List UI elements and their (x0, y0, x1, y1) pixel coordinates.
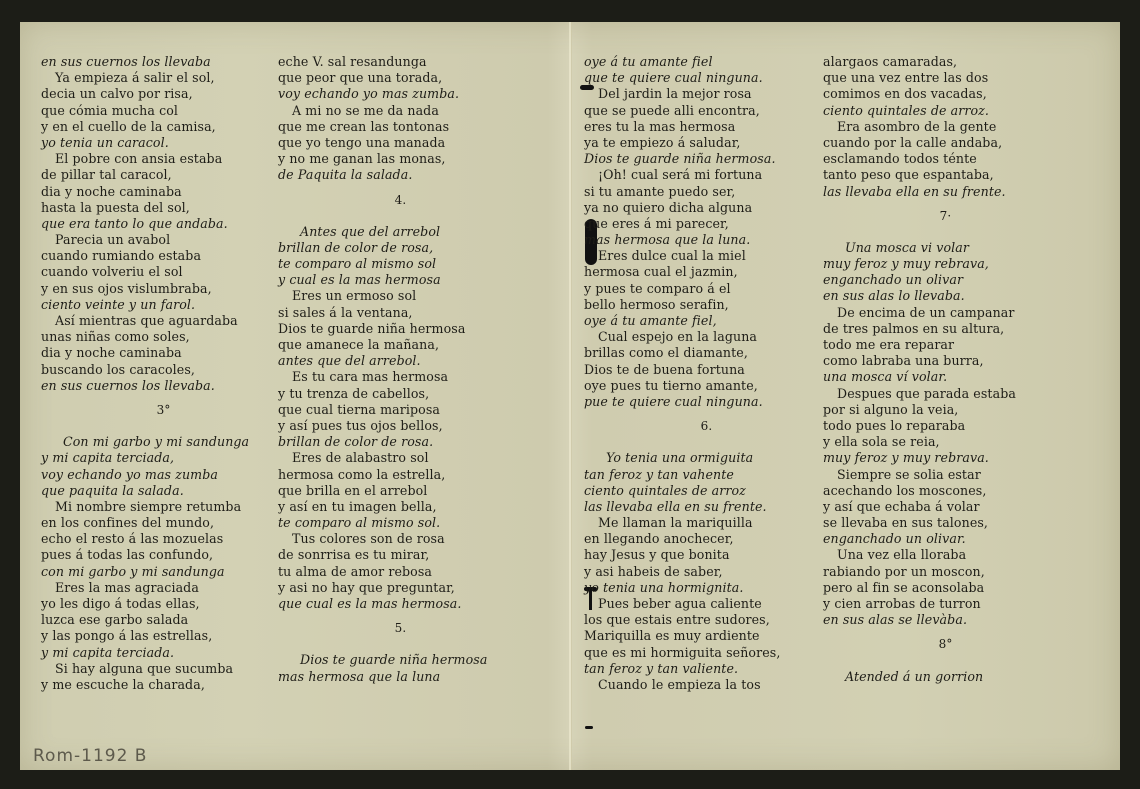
verse-line: por si alguno la veia, (823, 402, 1068, 418)
refrain-line: las llevaba ella en su frente. (584, 499, 829, 515)
verse-line: que eres á mi parecer, (584, 216, 829, 232)
verse-line: Dios te de buena fortuna (584, 362, 829, 378)
verse-line: y en el cuello de la camisa, (41, 119, 286, 135)
refrain-line: en sus cuernos los llevaba (41, 54, 286, 70)
verse-line: unas niñas como soles, (41, 329, 286, 345)
refrain-line: con mi garbo y mi sandunga (41, 564, 286, 580)
stanza-number: 8° (823, 636, 1068, 652)
verse-line: Pues beber agua caliente (584, 596, 829, 612)
stanza-number: 6. (584, 418, 829, 434)
verse-line: Del jardin la mejor rosa (584, 86, 829, 102)
refrain-line: en sus cuernos los llevaba. (41, 378, 286, 394)
refrain-line: una mosca ví volar. (823, 369, 1068, 385)
refrain-line: Una mosca vi volar (823, 240, 1068, 256)
verse-line: y asi habeis de saber, (584, 564, 829, 580)
verse-line: hay Jesus y que bonita (584, 547, 829, 563)
refrain-line: y mi capita terciada. (41, 645, 286, 661)
verse-line: A mi no se me da nada (278, 103, 523, 119)
text-column-2: eche V. sal resandungaque peor que una t… (278, 54, 523, 685)
verse-line: esclamando todos ténte (823, 151, 1068, 167)
catalog-mark: Rom-1192 B (33, 746, 147, 766)
verse-line: dia y noche caminaba (41, 184, 286, 200)
refrain-line: ciento quintales de arroz. (823, 103, 1068, 119)
verse-line: Si hay alguna que sucumba (41, 661, 286, 677)
refrain-line: brillan de color de rosa, (278, 240, 523, 256)
verse-line: si sales á la ventana, (278, 305, 523, 321)
verse-line: y las pongo á las estrellas, (41, 628, 286, 644)
refrain-line: Antes que del arrebol (278, 224, 523, 240)
refrain-line: Atended á un gorrion (823, 669, 1068, 685)
refrain-line: muy feroz y muy rebrava, (823, 256, 1068, 272)
verse-line: eche V. sal resandunga (278, 54, 523, 70)
verse-line: cuando volveriu el sol (41, 264, 286, 280)
verse-line: y cien arrobas de turron (823, 596, 1068, 612)
verse-line: Tus colores son de rosa (278, 531, 523, 547)
refrain-line: que te quiere cual ninguna. (584, 70, 829, 86)
refrain-line: en sus alas se llevàba. (823, 612, 1068, 628)
verse-line: bello hermoso serafin, (584, 297, 829, 313)
refrain-line: y mi capita terciada, (41, 450, 286, 466)
verse-line: que cual tierna mariposa (278, 402, 523, 418)
verse-line: Así mientras que aguardaba (41, 313, 286, 329)
refrain-line: muy feroz y muy rebrava. (823, 450, 1068, 466)
verse-line: y tu trenza de cabellos, (278, 386, 523, 402)
verse-line: y así que echaba á volar (823, 499, 1068, 515)
staple-hole-icon (585, 726, 593, 729)
verse-line: Eres dulce cual la miel (584, 248, 829, 264)
verse-line: en los confines del mundo, (41, 515, 286, 531)
text-column-1: en sus cuernos los llevabaYa empieza á s… (41, 54, 286, 693)
refrain-line: tan feroz y tan vahente (584, 467, 829, 483)
refrain-line: tan feroz y tan valiente. (584, 661, 829, 677)
verse-line: ¡Oh! cual será mi fortuna (584, 167, 829, 183)
verse-line: Parecia un avabol (41, 232, 286, 248)
refrain-line: antes que del arrebol. (278, 353, 523, 369)
verse-line: que me crean las tontonas (278, 119, 523, 135)
stanza-number: 7· (823, 208, 1068, 224)
verse-line: rabiando por un moscon, (823, 564, 1068, 580)
refrain-line: de Paquita la salada. (278, 167, 523, 183)
verse-line: de pillar tal caracol, (41, 167, 286, 183)
verse-line: los que estais entre sudores, (584, 612, 829, 628)
verse-line: oye pues tu tierno amante, (584, 378, 829, 394)
verse-line: todo pues lo reparaba (823, 418, 1068, 434)
verse-line: buscando los caracoles, (41, 362, 286, 378)
verse-line: cuando rumiando estaba (41, 248, 286, 264)
verse-line: Eres un ermoso sol (278, 288, 523, 304)
verse-line: Me llaman la mariquilla (584, 515, 829, 531)
verse-line: de tres palmos en su altura, (823, 321, 1068, 337)
verse-line: cuando por la calle andaba, (823, 135, 1068, 151)
verse-line: si tu amante puedo ser, (584, 184, 829, 200)
refrain-line: enganchado un olivar. (823, 531, 1068, 547)
verse-line: Cual espejo en la laguna (584, 329, 829, 345)
verse-line: ya te empiezo á saludar, (584, 135, 829, 151)
refrain-line: enganchado un olivar (823, 272, 1068, 288)
stanza-number: 5. (278, 620, 523, 636)
verse-line: en llegando anochecer, (584, 531, 829, 547)
verse-line: tu alma de amor rebosa (278, 564, 523, 580)
verse-line: y así pues tus ojos bellos, (278, 418, 523, 434)
verse-line: Cuando le empieza la tos (584, 677, 829, 693)
verse-line: se llevaba en sus talones, (823, 515, 1068, 531)
verse-line: comimos en dos vacadas, (823, 86, 1068, 102)
verse-line: que es mi hormiguita señores, (584, 645, 829, 661)
verse-line: y asi no hay que preguntar, (278, 580, 523, 596)
refrain-line: pue te quiere cual ninguna. (584, 394, 829, 410)
text-column-3: oye á tu amante fielque te quiere cual n… (584, 54, 829, 693)
refrain-line: Con mi garbo y mi sandunga (41, 434, 286, 450)
verse-line: y pues te comparo á el (584, 281, 829, 297)
verse-line: que brilla en el arrebol (278, 483, 523, 499)
verse-line: Eres la mas agraciada (41, 580, 286, 596)
verse-line: De encima de un campanar (823, 305, 1068, 321)
verse-line: tanto peso que espantaba, (823, 167, 1068, 183)
verse-line: que yo tengo una manada (278, 135, 523, 151)
verse-line: brillas como el diamante, (584, 345, 829, 361)
verse-line: Es tu cara mas hermosa (278, 369, 523, 385)
refrain-line: Dios te guarde niña hermosa (278, 652, 523, 668)
refrain-line: las llevaba ella en su frente. (823, 184, 1068, 200)
refrain-line: que cual es la mas hermosa. (278, 596, 523, 612)
refrain-line: te comparo al mismo sol. (278, 515, 523, 531)
verse-line: que amanece la mañana, (278, 337, 523, 353)
verse-line: y en sus ojos vislumbraba, (41, 281, 286, 297)
verse-line: Era asombro de la gente (823, 119, 1068, 135)
refrain-line: y cual es la mas hermosa (278, 272, 523, 288)
refrain-line: Yo tenia una ormiguita (584, 450, 829, 466)
center-fold (569, 22, 572, 770)
verse-line: luzca ese garbo salada (41, 612, 286, 628)
verse-line: Siempre se solia estar (823, 467, 1068, 483)
refrain-line: ciento quintales de arroz (584, 483, 829, 499)
verse-line: que cómia mucha col (41, 103, 286, 119)
verse-line: Dios te guarde niña hermosa (278, 321, 523, 337)
refrain-line: oye á tu amante fiel, (584, 313, 829, 329)
text-column-4: alargaos camaradas,que una vez entre las… (823, 54, 1068, 685)
verse-line: hasta la puesta del sol, (41, 200, 286, 216)
verse-line: todo me era reparar (823, 337, 1068, 353)
verse-line: Mariquilla es muy ardiente (584, 628, 829, 644)
refrain-line: yo tenia una hormignita. (584, 580, 829, 596)
refrain-line: en sus alas lo llevaba. (823, 288, 1068, 304)
verse-line: ya no quiero dicha alguna (584, 200, 829, 216)
refrain-line: mas hermosa que la luna (278, 669, 523, 685)
refrain-line: que paquita la salada. (41, 483, 286, 499)
verse-line: que una vez entre las dos (823, 70, 1068, 86)
verse-line: hermosa como la estrella, (278, 467, 523, 483)
verse-line: Una vez ella lloraba (823, 547, 1068, 563)
verse-line: Despues que parada estaba (823, 386, 1068, 402)
refrain-line: que era tanto lo que andaba. (41, 216, 286, 232)
verse-line: y así en tu imagen bella, (278, 499, 523, 515)
verse-line: yo les digo á todas ellas, (41, 596, 286, 612)
verse-line: eres tu la mas hermosa (584, 119, 829, 135)
refrain-line: te comparo al mismo sol (278, 256, 523, 272)
verse-line: decia un calvo por risa, (41, 86, 286, 102)
refrain-line: voy echando yo mas zumba. (278, 86, 523, 102)
stanza-number: 4. (278, 192, 523, 208)
refrain-line: Dios te guarde niña hermosa. (584, 151, 829, 167)
verse-line: de sonrrisa es tu mirar, (278, 547, 523, 563)
verse-line: hermosa cual el jazmin, (584, 264, 829, 280)
refrain-line: brillan de color de rosa. (278, 434, 523, 450)
verse-line: El pobre con ansia estaba (41, 151, 286, 167)
verse-line: pues á todas las confundo, (41, 547, 286, 563)
refrain-line: yo tenia un caracol. (41, 135, 286, 151)
refrain-line: mas hermosa que la luna. (584, 232, 829, 248)
verse-line: y me escuche la charada, (41, 677, 286, 693)
refrain-line: voy echando yo mas zumba (41, 467, 286, 483)
verse-line: y ella sola se reia, (823, 434, 1068, 450)
verse-line: que peor que una torada, (278, 70, 523, 86)
stanza-number: 3° (41, 402, 286, 418)
verse-line: dia y noche caminaba (41, 345, 286, 361)
verse-line: alargaos camaradas, (823, 54, 1068, 70)
refrain-line: ciento veinte y un farol. (41, 297, 286, 313)
verse-line: que se puede alli encontra, (584, 103, 829, 119)
verse-line: pero al fin se aconsolaba (823, 580, 1068, 596)
verse-line: acechando los moscones, (823, 483, 1068, 499)
verse-line: Eres de alabastro sol (278, 450, 523, 466)
refrain-line: oye á tu amante fiel (584, 54, 829, 70)
verse-line: echo el resto á las mozuelas (41, 531, 286, 547)
verse-line: Mi nombre siempre retumba (41, 499, 286, 515)
verse-line: y no me ganan las monas, (278, 151, 523, 167)
verse-line: Ya empieza á salir el sol, (41, 70, 286, 86)
verse-line: como labraba una burra, (823, 353, 1068, 369)
